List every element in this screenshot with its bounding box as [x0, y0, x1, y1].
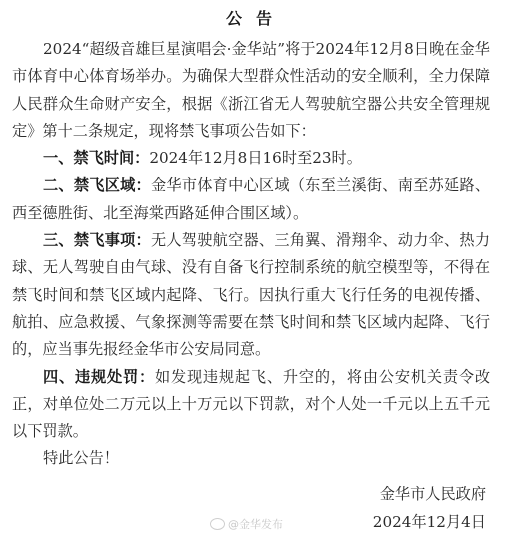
section-no-fly-time: 一、禁飞时间：2024年12月8日16时至23时。: [12, 145, 490, 172]
watermark-text: @金华发布: [228, 516, 283, 532]
intro-paragraph: 2024“超级音雄巨星演唱会·金华站”将于2024年12月8日晚在金华市体育中心…: [12, 36, 490, 145]
section-prohibited-items: 三、禁飞事项：无人驾驶航空器、三角翼、滑翔伞、动力伞、热力球、无人驾驶自由气球、…: [12, 227, 490, 363]
date: 2024年12月4日: [373, 511, 486, 532]
watermark: @金华发布: [210, 516, 283, 532]
section-heading: 一、禁飞时间：: [43, 149, 149, 167]
section-text: 2024年12月8日16时至23时。: [149, 149, 362, 167]
page-title: 公告: [0, 6, 512, 29]
closing-line: 特此公告！: [12, 445, 490, 472]
section-no-fly-zone: 二、禁飞区域：金华市体育中心区域（东至兰溪街、南至苏延路、西至德胜街、北至海棠西…: [12, 172, 490, 227]
signature: 金华市人民政府: [380, 483, 486, 504]
notice-body: 2024“超级音雄巨星演唱会·金华站”将于2024年12月8日晚在金华市体育中心…: [12, 36, 490, 473]
section-penalties: 四、违规处罚：如发现违规起飞、升空的，将由公安机关责令改正，对单位处二万元以上十…: [12, 364, 490, 446]
section-heading: 四、违规处罚：: [43, 368, 155, 386]
section-heading: 三、禁飞事项：: [43, 231, 151, 249]
section-heading: 二、禁飞区域：: [43, 176, 151, 194]
weibo-icon: [210, 518, 225, 530]
section-text: 无人驾驶航空器、三角翼、滑翔伞、动力伞、热力球、无人驾驶自由气球、没有自备飞行控…: [12, 231, 490, 358]
